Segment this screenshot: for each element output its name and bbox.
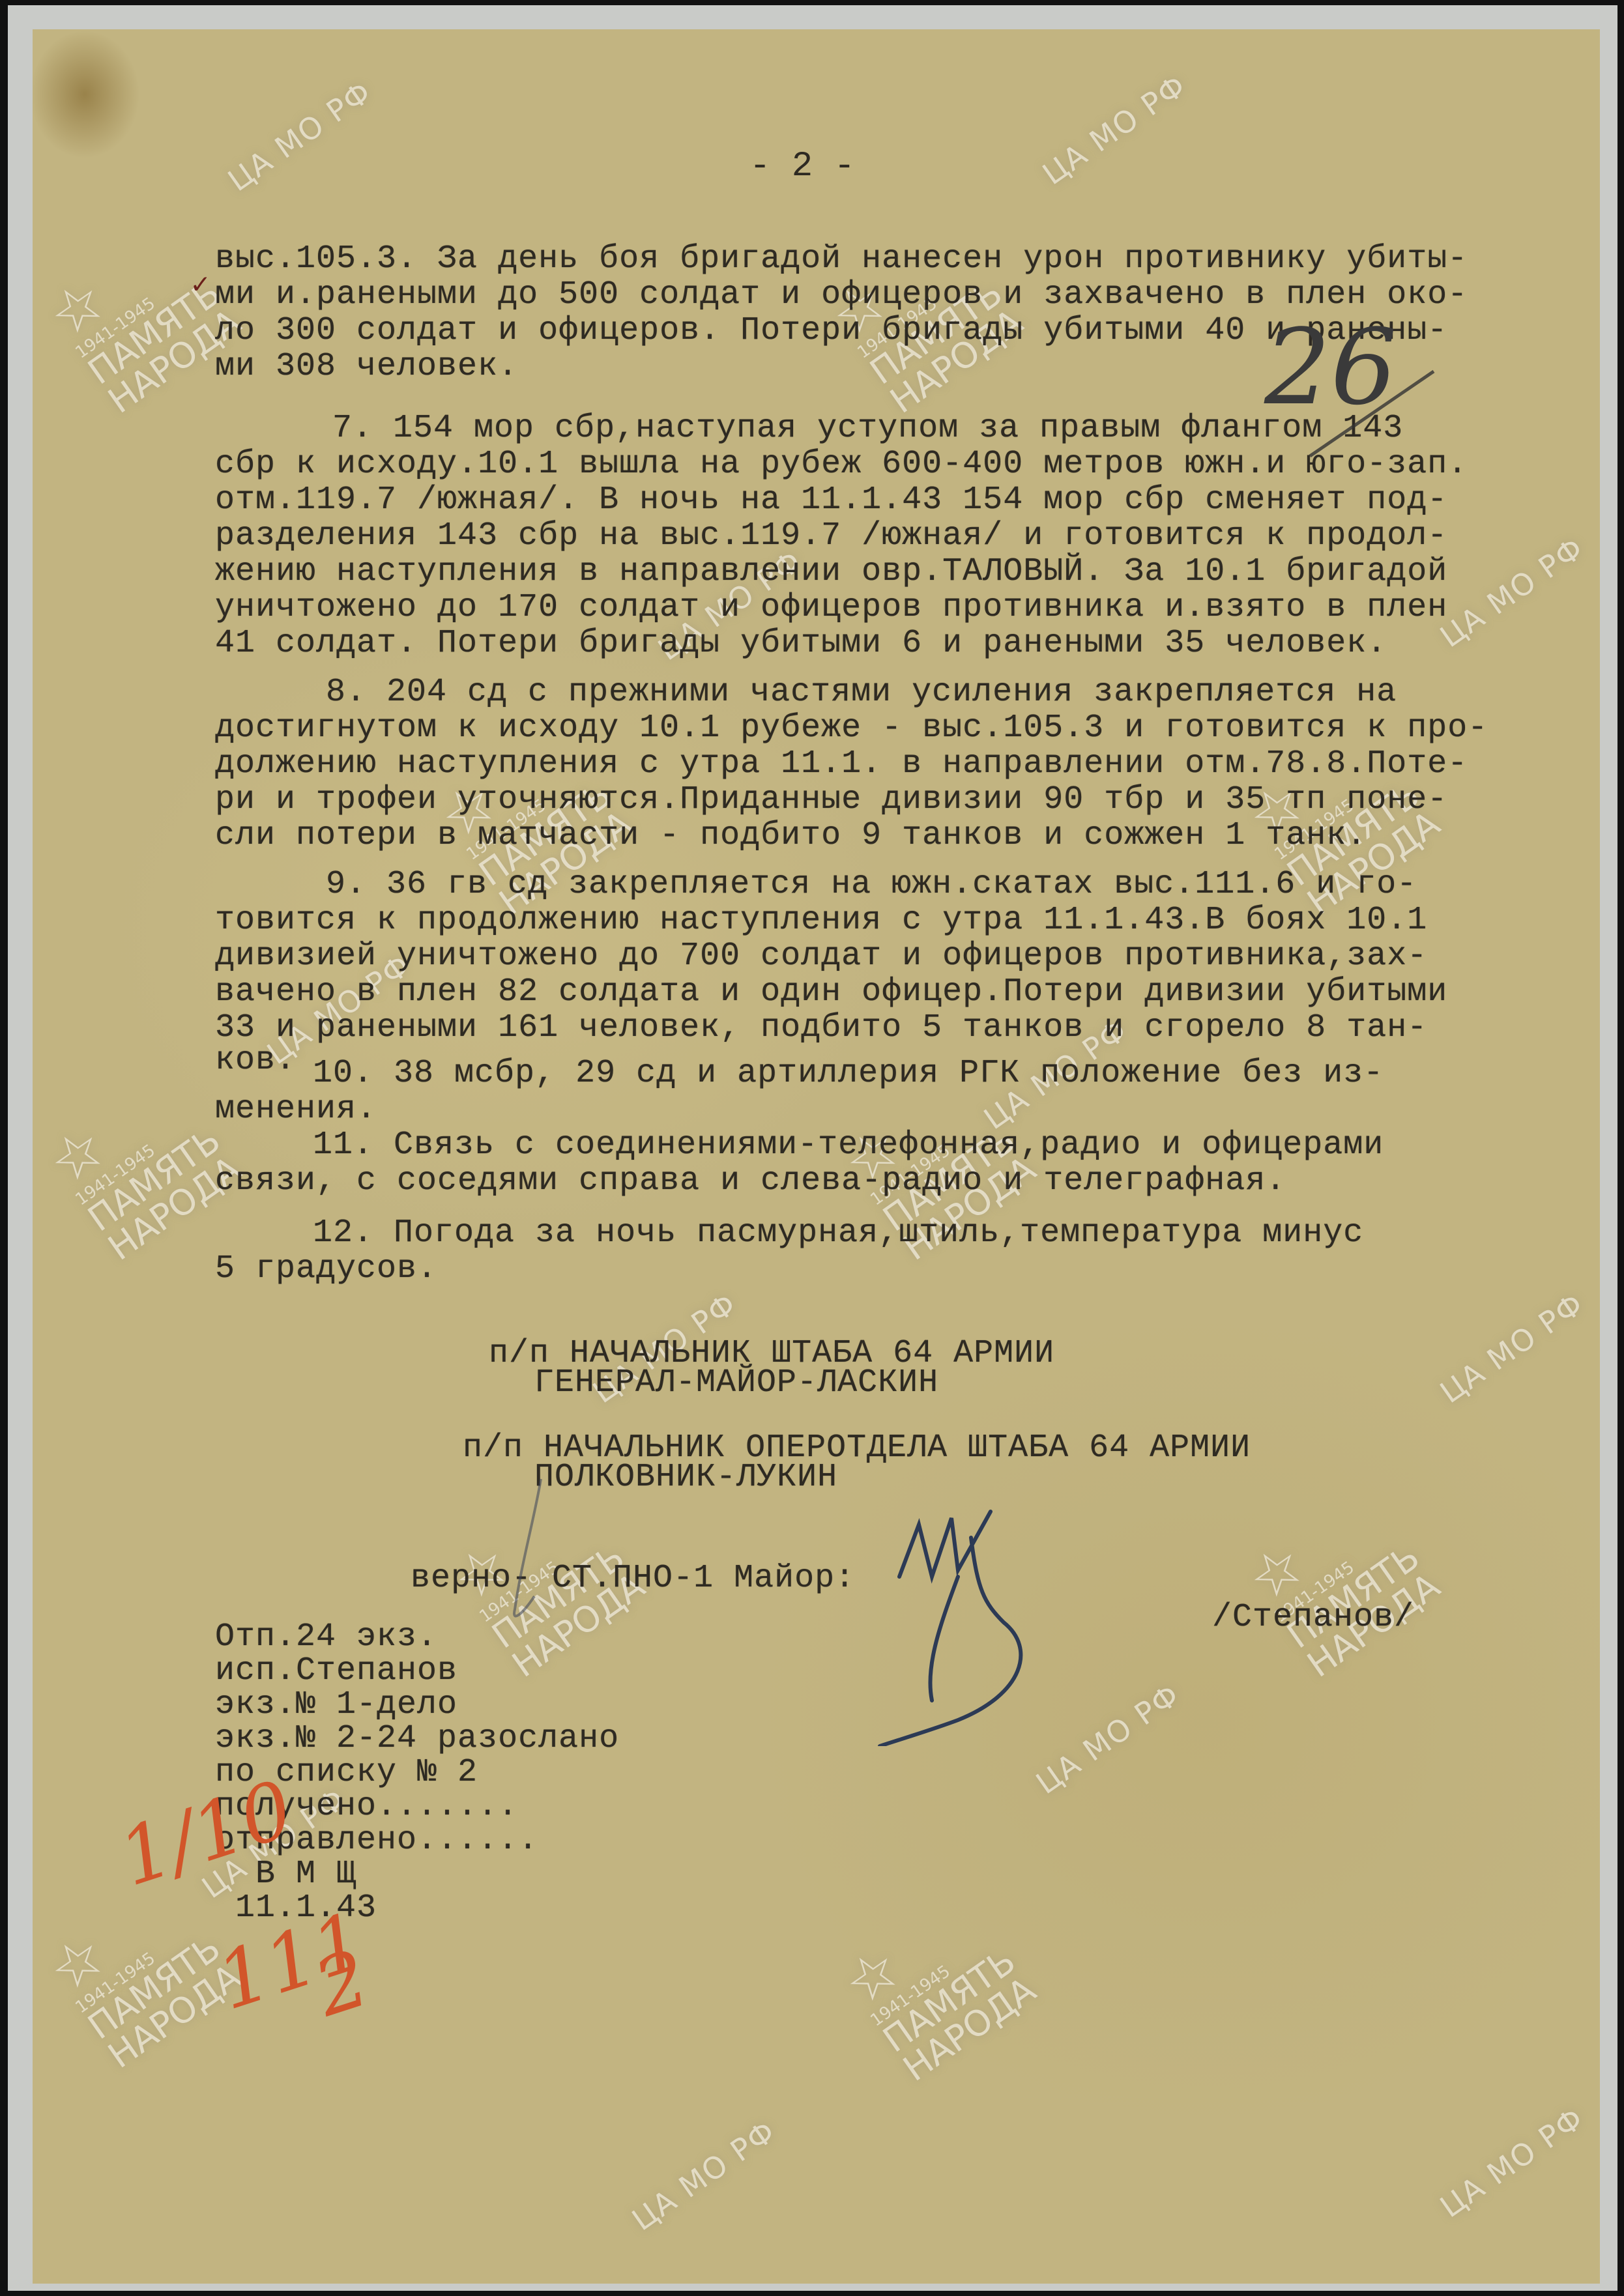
signature-scribble	[495, 1466, 626, 1629]
paragraph-9-line: дивизией уничтожено до 700 солдат и офиц…	[215, 938, 1427, 975]
paragraph-12-line: 12. Погода за ночь пасмурная,штиль,темпе…	[313, 1215, 1363, 1252]
distribution-line: экз.№ 2-24 разослано	[215, 1721, 619, 1757]
paragraph-9-line: 33 и ранеными 161 человек, подбито 5 тан…	[215, 1010, 1427, 1046]
certified-line: верно- СТ.ПНО-1 Майор:	[411, 1560, 855, 1597]
distribution-line: Отп.24 экз.	[215, 1619, 437, 1656]
paragraph-7-line: сбр к исходу.10.1 вышла на рубеж 600-400…	[215, 446, 1468, 483]
paragraph-9-line: 9. 36 гв сд закрепляется на южн.скатах в…	[326, 867, 1417, 903]
paragraph-9-line: вачено в плен 82 солдата и один офицер.П…	[215, 974, 1447, 1011]
paragraph-8-line: сли потери в матчасти - подбито 9 танков…	[215, 818, 1367, 854]
check-mark-icon: ✓	[192, 267, 209, 302]
paragraph-10-line: 10. 38 мсбр, 29 сд и артиллерия РГК поло…	[313, 1055, 1384, 1092]
paragraph-7-line: разделения 143 сбр на выс.119.7 /южная/ …	[215, 518, 1447, 554]
page-number: - 2 -	[749, 147, 855, 186]
paragraph-9-line: товится к продолжению наступления с утра…	[215, 902, 1427, 939]
paragraph-8-line: достигнутом к исходу 10.1 рубеже - выс.1…	[215, 710, 1488, 747]
signature-stepanov	[860, 1499, 1160, 1746]
paragraph-8-line: 8. 204 сд с прежними частями усиления за…	[326, 674, 1397, 711]
paragraph-7-line: отм.119.7 /южная/. В ночь на 11.1.43 154…	[215, 482, 1447, 519]
paragraph-7-line: 7. 154 мор сбр,наступая уступом за правы…	[332, 410, 1403, 447]
paragraph-7-line: 41 солдат. Потери бригады убитыми 6 и ра…	[215, 625, 1387, 662]
text-line: ми 308 человек.	[215, 349, 518, 385]
text-line: ло 300 солдат и офицеров. Потери бригады…	[215, 313, 1447, 349]
distribution-line: экз.№ 1-дело	[215, 1687, 457, 1723]
paragraph-8-line: ри и трофеи уточняются.Приданные дивизии…	[215, 782, 1447, 818]
chief-of-staff-name: ГЕНЕРАЛ-МАЙОР-ЛАСКИН	[534, 1365, 938, 1401]
paragraph-11-line: 11. Связь с соединениями-телефонная,ради…	[313, 1127, 1384, 1164]
text-line: выс.105.3. За день боя бригадой нанесен …	[215, 241, 1468, 278]
paragraph-9-line: ков.	[215, 1042, 296, 1079]
paragraph-7-line: уничтожено до 170 солдат и офицеров прот…	[215, 590, 1447, 626]
pencil-stroke	[1303, 365, 1447, 463]
paragraph-8-line: должению наступления с утра 11.1. в напр…	[215, 746, 1468, 782]
paragraph-12-line: 5 градусов.	[215, 1251, 437, 1287]
paragraph-7-line: жению наступления в направлении овр.ТАЛО…	[215, 554, 1447, 590]
paragraph-11-line: связи, с соседями справа и слева-радио и…	[215, 1163, 1286, 1199]
distribution-line: исп.Степанов	[215, 1653, 457, 1689]
paragraph-10-line: менения.	[215, 1091, 377, 1128]
certified-name: /Степанов/	[1212, 1600, 1414, 1636]
